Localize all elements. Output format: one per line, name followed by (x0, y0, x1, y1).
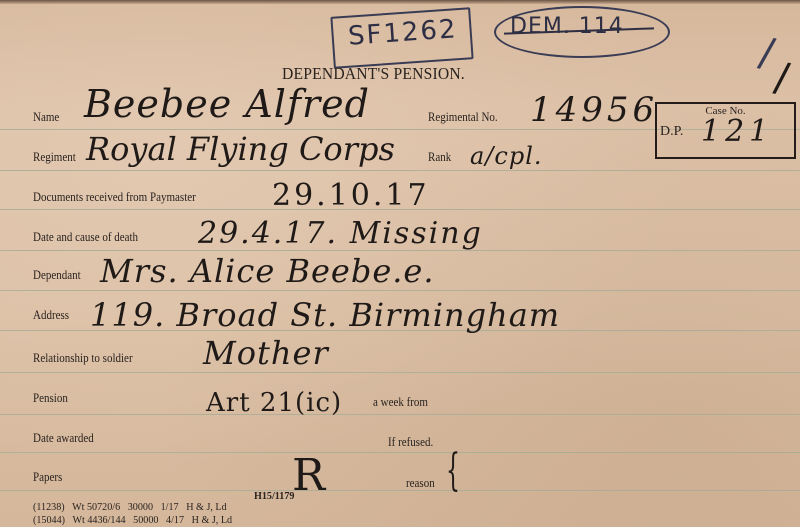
refused-brace: { (446, 445, 460, 496)
regiment-value: Royal Flying Corps (86, 130, 395, 168)
regiment-label: Regiment (33, 150, 76, 165)
dependant-value: Mrs. Alice Beebe.e. (100, 252, 435, 290)
papers-label: Papers (33, 470, 62, 485)
regimental-no-label: Regimental No. (428, 110, 498, 125)
ruled-line (0, 170, 800, 171)
margin-tick-mark: / (771, 54, 792, 102)
if-refused-label: If refused. (388, 435, 433, 450)
relationship-label: Relationship to soldier (33, 351, 133, 366)
documents-received-value: 29.10.17 (272, 178, 430, 213)
reason-label: reason (406, 476, 435, 491)
name-label: Name (33, 110, 59, 125)
pension-value: Art 21(ic) (206, 388, 342, 418)
dependant-label: Dependant (33, 268, 81, 283)
form-code: H15/1179 (254, 490, 294, 502)
documents-received-label: Documents received from Paymaster (33, 190, 196, 205)
card-top-edge (0, 0, 800, 4)
case-number-value: 121 (701, 114, 773, 149)
date-cause-death-value: 29.4.17. Missing (198, 216, 483, 251)
name-value: Beebee Alfred (84, 82, 370, 126)
date-awarded-label: Date awarded (33, 431, 94, 446)
print-line-2: (15044) Wt 4436/144 50000 4/17 H & J, Ld (33, 514, 232, 526)
regimental-no-value: 14956 (530, 90, 658, 130)
date-cause-death-label: Date and cause of death (33, 230, 138, 245)
case-number-prefix: D.P. (660, 124, 683, 140)
card-title: DEPENDANT'S PENSION. (282, 64, 465, 84)
margin-stroke-mark: / (755, 29, 778, 77)
rank-value: a/cpl. (470, 142, 543, 170)
ruled-line (0, 452, 800, 453)
address-label: Address (33, 308, 69, 323)
week-from-label: a week from (373, 395, 428, 410)
case-number-box: Case No. D.P. 121 (655, 102, 796, 159)
ruled-line (0, 490, 800, 491)
pension-label: Pension (33, 391, 68, 406)
ruled-line (0, 414, 800, 415)
ruled-line (0, 372, 800, 373)
relationship-value: Mother (203, 334, 329, 372)
pension-card: SF1262 DEM. 114 / / DEPENDANT'S PENSION.… (0, 0, 800, 527)
print-line-1: (11238) Wt 50720/6 30000 1/17 H & J, Ld (33, 501, 227, 513)
papers-value: R (292, 450, 326, 501)
address-value: 119. Broad St. Birmingham (90, 296, 560, 334)
struck-ref-stamp: DEM. 114 (510, 14, 624, 39)
ruled-line (0, 290, 800, 291)
rank-label: Rank (428, 150, 451, 165)
